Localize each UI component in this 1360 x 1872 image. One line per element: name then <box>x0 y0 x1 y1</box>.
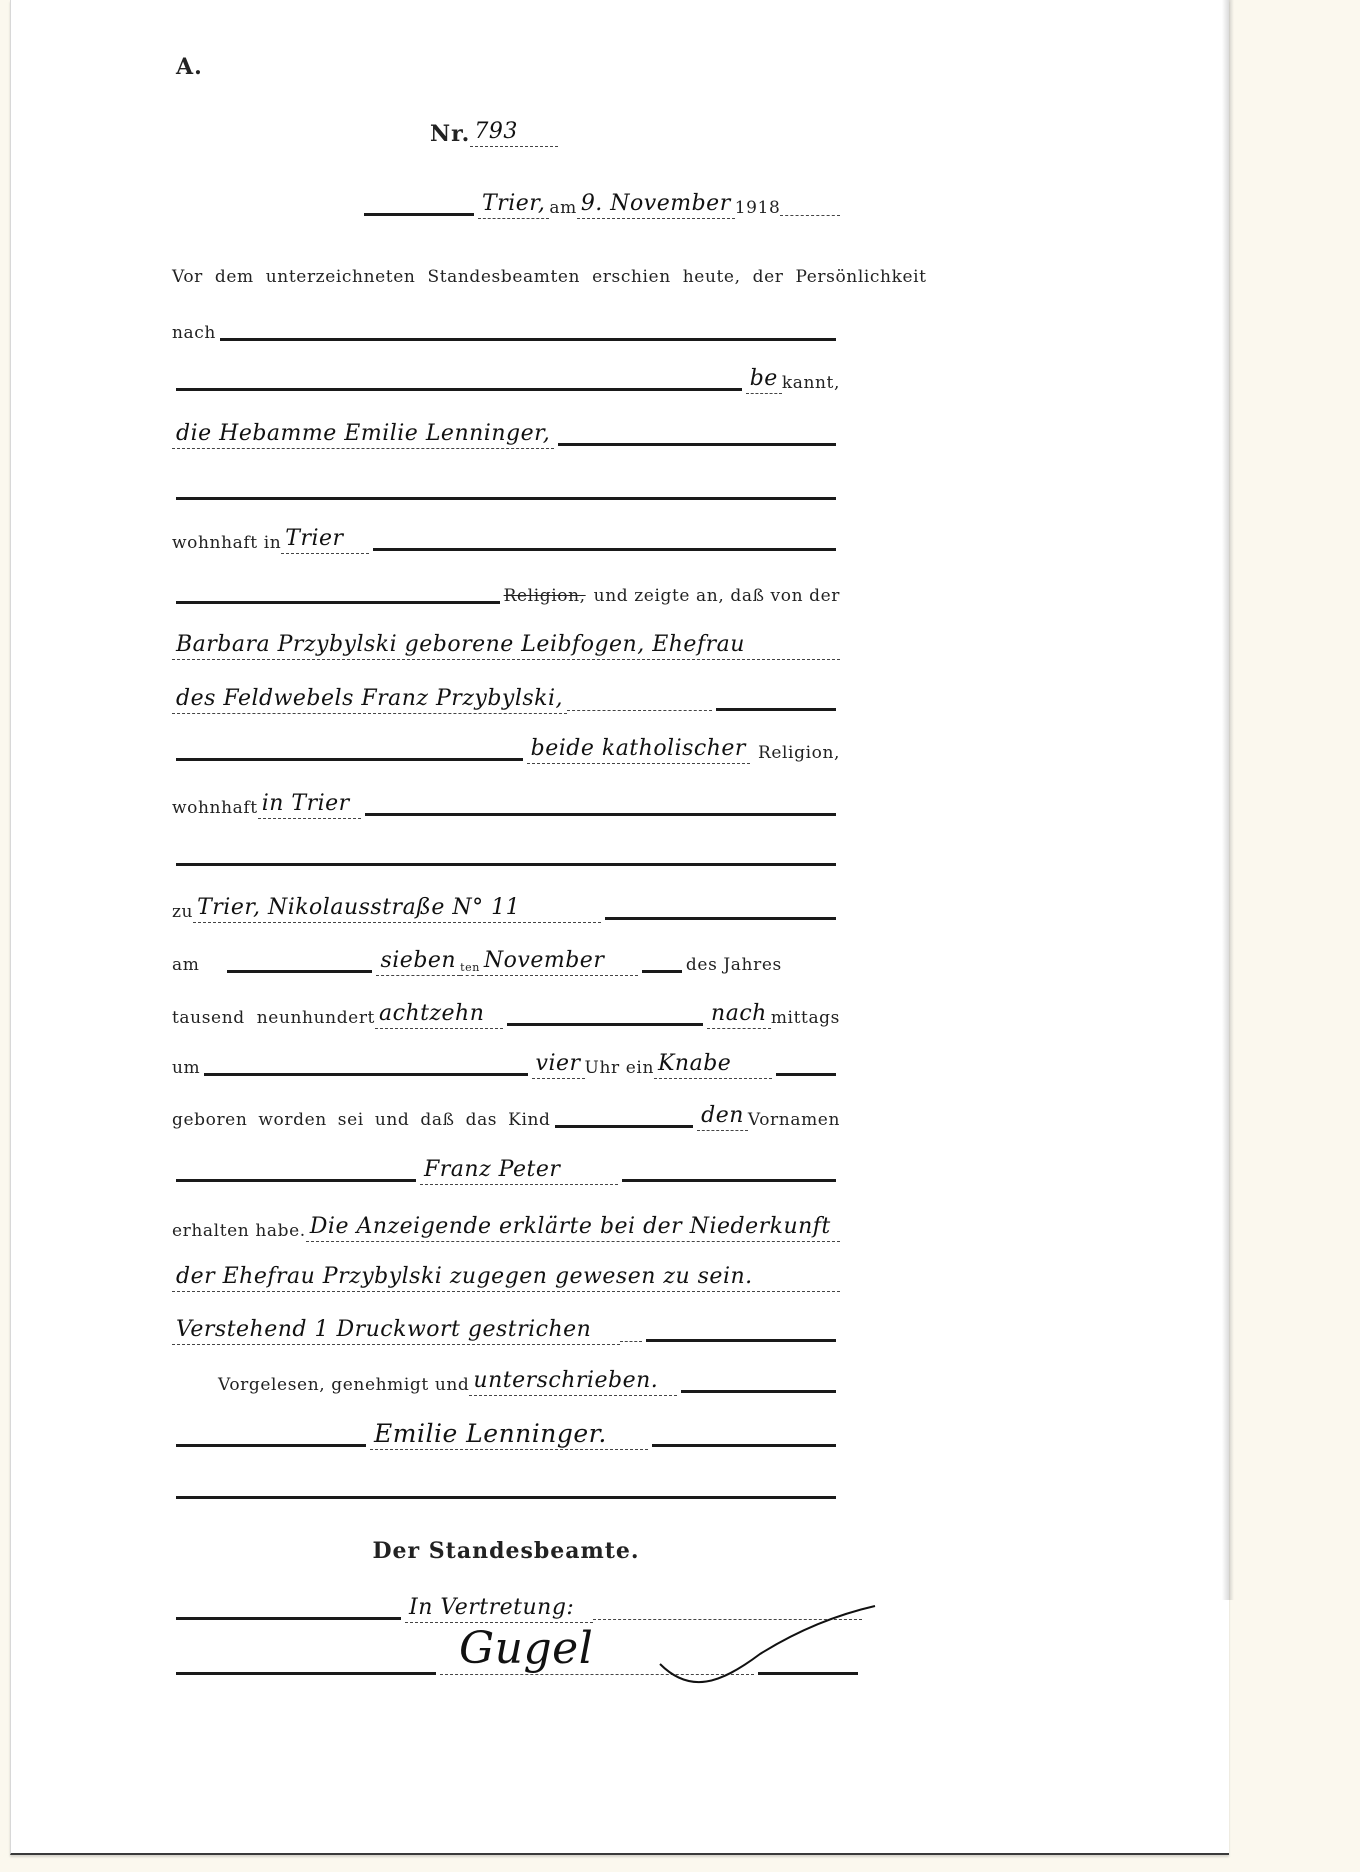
blank-line <box>176 601 500 604</box>
blank-line <box>507 1023 703 1026</box>
informant-signature: Emilie Lenninger. <box>370 1421 648 1450</box>
religion-struck-label: Religion, <box>504 588 586 607</box>
record-number: 793 <box>470 121 558 147</box>
des-jahres-label: des Jahres <box>686 957 782 976</box>
birth-day: sieben <box>376 950 460 976</box>
registration-place: Trier, <box>478 193 549 219</box>
child-name-row: Franz Peter <box>172 1145 840 1185</box>
blank-line <box>204 1073 527 1076</box>
child-sex: Knabe <box>654 1053 772 1079</box>
zu-label: zu <box>172 904 193 923</box>
informant-residence: Trier <box>281 528 369 554</box>
blank-line <box>176 1617 401 1620</box>
blank-line <box>776 1073 836 1076</box>
parents-religion-row: beide katholischer Religion, <box>172 724 840 764</box>
signature-flourish <box>600 1594 880 1704</box>
time-of-day: nach <box>707 1003 771 1029</box>
number-label: Nr. <box>430 123 470 147</box>
dotted-line <box>780 215 840 216</box>
bekannt-row: be kannt, <box>172 354 840 394</box>
parents-residence-row: wohnhaft in Trier <box>172 779 840 819</box>
date-prefix: am <box>549 200 576 219</box>
blank-line <box>220 338 836 341</box>
informant-name: die Hebamme Emilie Lenninger, <box>172 423 554 449</box>
blank-line <box>364 213 474 216</box>
be-handwritten: be <box>746 368 782 394</box>
blank-line <box>652 1444 836 1447</box>
child-given-names: Franz Peter <box>420 1159 618 1185</box>
birth-address: Trier, Nikolausstraße N° 11 <box>193 897 601 923</box>
note-row-1: erhalten habe. Die Anzeigende erklärte b… <box>172 1202 840 1242</box>
um-label: um <box>172 1060 200 1079</box>
note-row-2: der Ehefrau Przybylski zugegen gewesen z… <box>172 1252 840 1292</box>
form-letter-row: A. <box>176 40 236 80</box>
blank-line <box>646 1339 836 1342</box>
official-signature-wrap: Gugel <box>455 1614 597 1674</box>
informant-row: die Hebamme Emilie Lenninger, <box>172 409 840 449</box>
form-letter: A. <box>176 56 203 80</box>
unterschrieben-handwritten: unterschrieben. <box>469 1370 677 1396</box>
blank-line <box>555 1125 694 1128</box>
registration-year: 1918 <box>735 200 781 219</box>
blank-row-2 <box>172 829 840 869</box>
blank-line <box>176 388 742 391</box>
mittags-label: mittags <box>771 1010 840 1029</box>
blank-line <box>681 1390 836 1393</box>
am-label: am <box>172 957 199 976</box>
mother-name: Barbara Przybylski geborene Leibfogen, E… <box>172 634 840 660</box>
intro-row: Vor dem unterzeichneten Standesbeamten e… <box>172 248 840 288</box>
vorgelesen-label: Vorgelesen, genehmigt und <box>218 1377 469 1396</box>
note-line-3: Verstehend 1 Druckwort gestrichen <box>172 1319 620 1345</box>
birth-year: achtzehn <box>375 1003 503 1029</box>
vornamen-label: Vornamen <box>748 1112 840 1131</box>
informant-residence-row: wohnhaft in Trier <box>172 514 840 554</box>
blank-line <box>176 1179 416 1182</box>
blank-line <box>373 548 836 551</box>
religion-notice-row: Religion, und zeigte an, daß von der <box>172 567 840 607</box>
father-row: des Feldwebels Franz Przybylski, <box>172 674 840 714</box>
informant-signature-row: Emilie Lenninger. <box>172 1410 840 1450</box>
blank-line <box>716 708 836 711</box>
mother-row: Barbara Przybylski geborene Leibfogen, E… <box>172 620 840 660</box>
uhr-ein-label: Uhr ein <box>585 1060 654 1079</box>
blank-row-1 <box>172 463 840 503</box>
blank-line <box>176 758 523 761</box>
erhalten-label: erhalten habe. <box>172 1223 306 1242</box>
wohnhaft-label: wohnhaft <box>172 800 258 819</box>
blank-line <box>365 813 836 816</box>
notice-text: und zeigte an, daß von der <box>594 588 840 607</box>
birth-date-row: am sieben ten November des Jahres <box>172 936 840 976</box>
note-row-3: Verstehend 1 Druckwort gestrichen <box>172 1305 840 1345</box>
note-line-2: der Ehefrau Przybylski zugegen gewesen z… <box>172 1266 840 1292</box>
record-number-row: Nr. 793 <box>430 107 590 147</box>
birth-time-row: um vier Uhr ein Knabe <box>172 1039 840 1079</box>
official-signature: Gugel <box>455 1627 597 1674</box>
parents-residence: in Trier <box>258 793 361 819</box>
day-suffix: ten <box>460 962 480 976</box>
given-names-label-row: geboren worden sei und daß das Kind den … <box>172 1091 840 1131</box>
birth-address-row: zu Trier, Nikolausstraße N° 11 <box>172 883 840 923</box>
paper-fold-shadow <box>1222 0 1234 1600</box>
blank-line <box>558 443 836 446</box>
geboren-text: geboren worden sei und daß das Kind <box>172 1112 551 1131</box>
official-title-row: Der Standesbeamte. <box>172 1524 840 1564</box>
registration-date: 9. November <box>577 193 735 219</box>
birth-hour: vier <box>532 1053 585 1079</box>
official-title: Der Standesbeamte. <box>372 1540 639 1564</box>
blank-line <box>176 497 836 500</box>
nach-row: nach <box>172 304 840 344</box>
blank-row-3 <box>172 1462 840 1502</box>
religion-label: Religion, <box>758 745 840 764</box>
blank-line <box>176 863 836 866</box>
blank-line <box>176 1496 836 1499</box>
nach-label: nach <box>172 325 216 344</box>
wohnhaft-in-label: wohnhaft in <box>172 535 281 554</box>
birth-month: November <box>480 950 638 976</box>
parents-religion: beide katholischer <box>527 738 750 764</box>
tausend-label: tausend neunhundert <box>172 1010 375 1029</box>
blank-line <box>622 1179 836 1182</box>
birth-year-row: tausend neunhundert achtzehn nach mittag… <box>172 989 840 1029</box>
den-handwritten: den <box>697 1105 748 1131</box>
blank-line <box>227 970 372 973</box>
approval-row: Vorgelesen, genehmigt und unterschrieben… <box>172 1356 840 1396</box>
kannt-label: kannt, <box>782 375 840 394</box>
blank-line <box>605 917 836 920</box>
note-line-1: Die Anzeigende erklärte bei der Niederku… <box>306 1216 840 1242</box>
blank-line <box>176 1672 436 1675</box>
blank-line <box>642 970 682 973</box>
intro-text: Vor dem unterzeichneten Standesbeamten e… <box>172 269 927 288</box>
place-date-row: Trier, am 9. November 1918 <box>360 179 840 219</box>
blank-line <box>176 1444 366 1447</box>
father-name: des Feldwebels Franz Przybylski, <box>172 688 567 714</box>
